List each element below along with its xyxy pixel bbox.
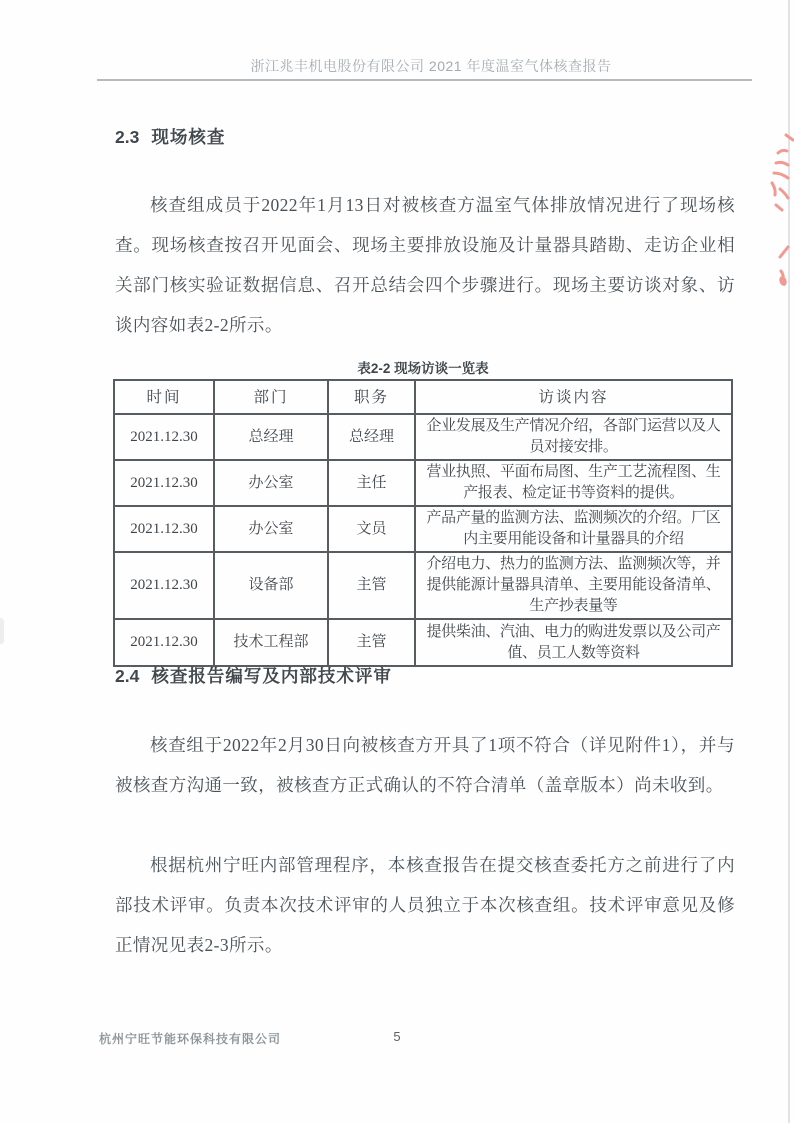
cell-position: 主管 <box>328 552 415 619</box>
cell-department: 办公室 <box>214 460 328 506</box>
column-header-time: 时间 <box>114 380 214 414</box>
running-header-title: 浙江兆丰机电股份有限公司 2021 年度温室气体核查报告 <box>115 56 747 76</box>
section-2-4-paragraph-1: 核查组于2022年2月30日向被核查方开具了1项不符合（详见附件1），并与被核查… <box>115 725 735 805</box>
header-rule <box>97 79 752 81</box>
column-header-position: 职务 <box>328 380 415 414</box>
cell-interview-content: 营业执照、平面布局图、生产工艺流程图、生产报表、检定证书等资料的提供。 <box>415 460 732 506</box>
cell-department: 技术工程部 <box>214 619 328 666</box>
table-caption: 表2-2 现场访谈一览表 <box>115 357 731 377</box>
cell-department: 总经理 <box>214 414 328 460</box>
cell-position: 主任 <box>328 460 415 506</box>
table-header-row: 时间 部门 职务 访谈内容 <box>114 380 732 414</box>
section-2-3-title: 现场核查 <box>151 127 225 147</box>
section-2-4-paragraph-2: 根据杭州宁旺内部管理程序，本核查报告在提交核查委托方之前进行了内部技术评审。负责… <box>115 845 735 965</box>
cell-department: 办公室 <box>214 506 328 552</box>
cell-department: 设备部 <box>214 552 328 619</box>
cell-position: 主管 <box>328 619 415 666</box>
table-row: 2021.12.30 设备部 主管 介绍电力、热力的监测方法、监测频次等，并提供… <box>114 552 732 619</box>
cell-position: 文员 <box>328 506 415 552</box>
column-header-department: 部门 <box>214 380 328 414</box>
section-2-3-number: 2.3 <box>115 127 139 147</box>
cell-time: 2021.12.30 <box>114 619 214 666</box>
cell-position: 总经理 <box>328 414 415 460</box>
column-header-interview-content: 访谈内容 <box>415 380 732 414</box>
scan-smudge-left-edge <box>0 618 4 644</box>
cell-time: 2021.12.30 <box>114 552 214 619</box>
cell-time: 2021.12.30 <box>114 506 214 552</box>
section-2-4-title: 核查报告编写及内部技术评审 <box>151 666 392 686</box>
handwritten-red-annotation-bottom <box>774 243 794 288</box>
section-2-4-number: 2.4 <box>115 666 139 686</box>
cell-interview-content: 介绍电力、热力的监测方法、监测频次等，并提供能源计量器具清单、主要用能设备清单、… <box>415 552 732 619</box>
interview-table: 时间 部门 职务 访谈内容 2021.12.30 总经理 总经理 企业发展及生产… <box>113 379 733 667</box>
section-2-3-heading: 2.3现场核查 <box>115 124 225 149</box>
table-row: 2021.12.30 办公室 文员 产品产量的监测方法、监测频次的介绍。厂区内主… <box>114 506 732 552</box>
cell-interview-content: 提供柴油、汽油、电力的购进发票以及公司产值、员工人数等资料 <box>415 619 732 666</box>
cell-time: 2021.12.30 <box>114 460 214 506</box>
cell-interview-content: 产品产量的监测方法、监测频次的介绍。厂区内主要用能设备和计量器具的介绍 <box>415 506 732 552</box>
page-number: 5 <box>0 1029 794 1044</box>
section-2-4-heading: 2.4核查报告编写及内部技术评审 <box>115 663 392 688</box>
cell-time: 2021.12.30 <box>114 414 214 460</box>
section-2-3-paragraph: 核查组成员于2022年1月13日对被核查方温室气体排放情况进行了现场核查。现场核… <box>115 185 735 345</box>
document-page: 浙江兆丰机电股份有限公司 2021 年度温室气体核查报告 2.3现场核查 核查组… <box>0 0 794 1123</box>
table-row: 2021.12.30 办公室 主任 营业执照、平面布局图、生产工艺流程图、生产报… <box>114 460 732 506</box>
table-row: 2021.12.30 总经理 总经理 企业发展及生产情况介绍，各部门运营以及人员… <box>114 414 732 460</box>
cell-interview-content: 企业发展及生产情况介绍，各部门运营以及人员对接安排。 <box>415 414 732 460</box>
table-row: 2021.12.30 技术工程部 主管 提供柴油、汽油、电力的购进发票以及公司产… <box>114 619 732 666</box>
